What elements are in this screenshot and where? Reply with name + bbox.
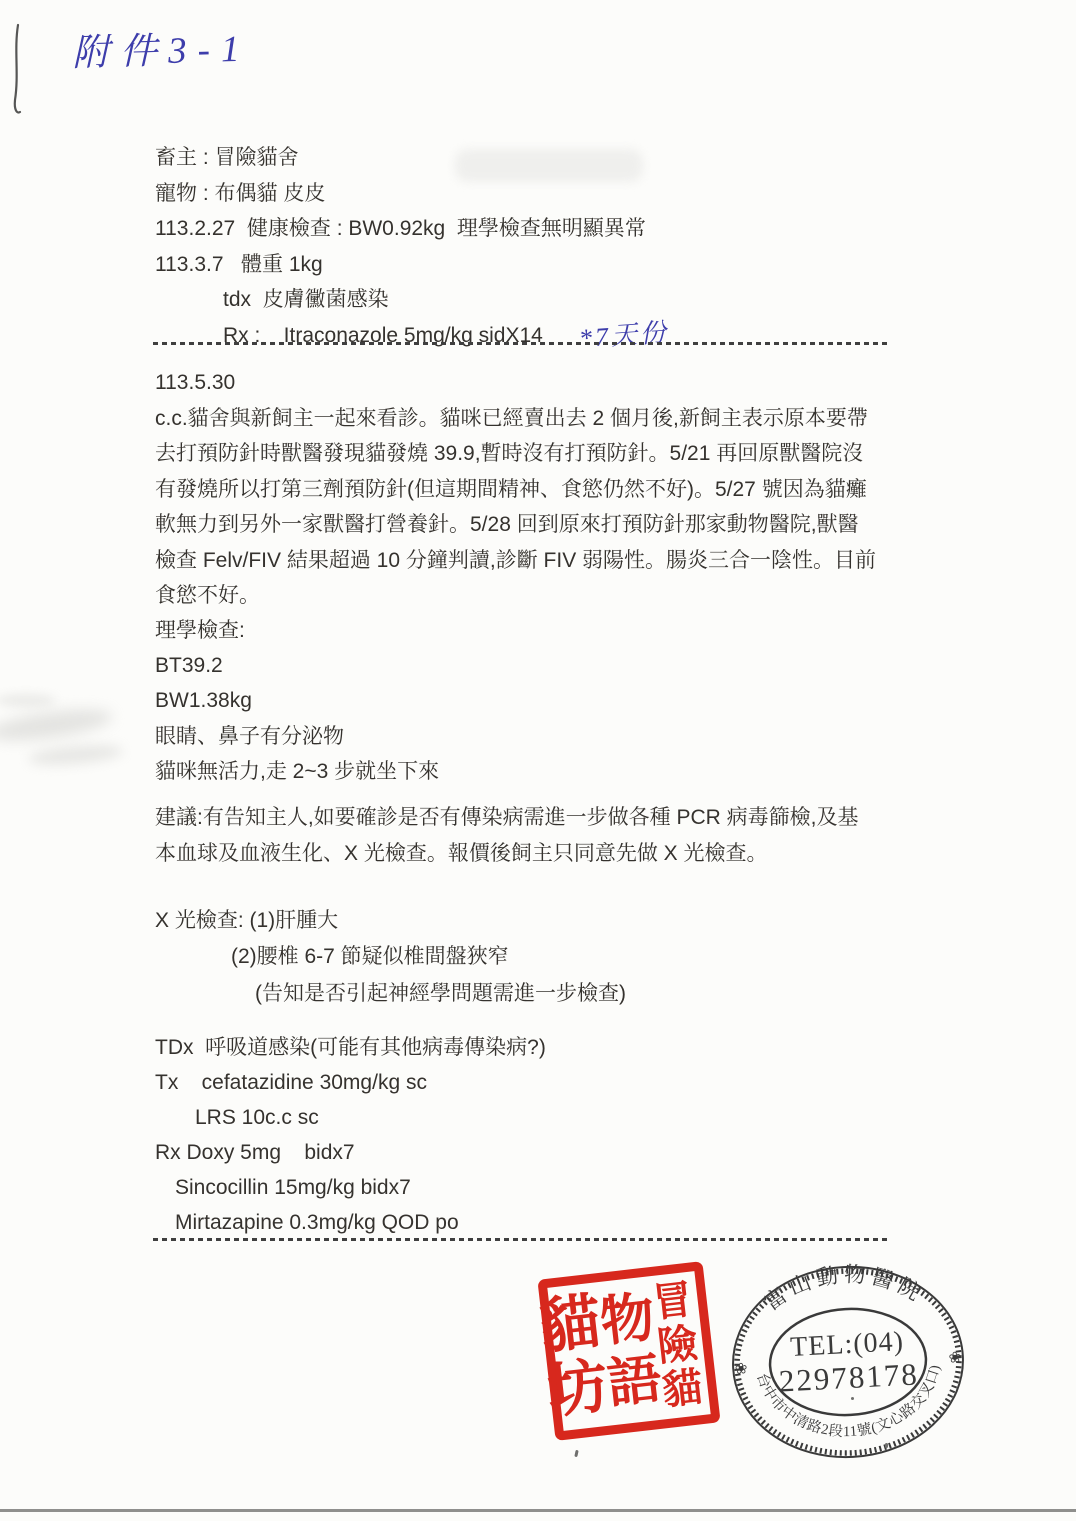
hospital-stamp: 富山動物醫院 台中市中清路2段11號(文心路交叉口) TEL:(04) 2297… (721, 1254, 975, 1470)
treat-mirtazapine-line: Mirtazapine 0.3mg/kg QOD po (155, 1205, 546, 1240)
visit-2-27-line: 113.2.27 健康檢查 : BW0.92kg 理學檢查無明顯異常 (155, 211, 669, 247)
xray-line-1: X 光檢查: (1)肝腫大 (155, 903, 626, 939)
treat-tx-line: Tx cefatazidine 30mg/kg sc (155, 1065, 546, 1100)
rx-line: Rx : Itraconazole 5mg/kg sidX14*7天份 (155, 318, 669, 354)
exam-bw: BW1.38kg (155, 683, 439, 718)
scan-speck (851, 1397, 854, 1400)
physical-exam-block: 理學檢查: BT39.2 BW1.38kg 眼睛、鼻子有分泌物 貓咪無活力,走 … (155, 613, 439, 789)
suggestion-block: 建議:有告知主人,如要確診是否有傳染病需進一步做各種 PCR 病毒篩檢,及基 本… (155, 800, 925, 873)
exam-discharge: 眼睛、鼻子有分泌物 (155, 719, 439, 754)
visit-note-block: 113.5.30 c.c.貓舍與新飼主一起來看診。貓咪已經賣出去 2 個月後,新… (155, 365, 925, 614)
scan-smudge (27, 742, 123, 768)
xray-block: X 光檢查: (1)肝腫大 (2)腰椎 6-7 節疑似椎間盤狹窄 (告知是否引起… (155, 903, 626, 1012)
pet-line: 寵物 : 布偶貓 皮皮 (155, 176, 669, 212)
scan-speck (885, 1443, 888, 1448)
scan-smudge (0, 694, 56, 707)
owner-line: 畜主 : 冒險貓舍 (155, 140, 669, 176)
treat-sincocillin-line: Sincocillin 15mg/kg bidx7 (155, 1170, 546, 1205)
pen-mark-artifact (4, 22, 30, 122)
record-header: 畜主 : 冒險貓舍 寵物 : 布偶貓 皮皮 113.2.27 健康檢查 : BW… (155, 140, 669, 353)
treat-lrs-line: LRS 10c.c sc (155, 1100, 546, 1135)
exam-activity: 貓咪無活力,走 2~3 步就坐下來 (155, 754, 439, 789)
exam-bt: BT39.2 (155, 648, 439, 683)
cc-line-5: 檢查 Felv/FIV 結果超過 10 分鐘判讀,診斷 FIV 弱陽性。腸炎三合… (155, 543, 925, 579)
dashed-divider-top (153, 342, 891, 345)
visit-date: 113.5.30 (155, 365, 925, 401)
red-seal-cattery: 冒險貓 物語 貓坊 (537, 1261, 720, 1441)
stamp-tel-number: 22978178 (778, 1356, 920, 1398)
scanned-document: 附件3-1 畜主 : 冒險貓舍 寵物 : 布偶貓 皮皮 113.2.27 健康檢… (0, 0, 1076, 1521)
stamp-flower-right-icon: ❀ (948, 1350, 961, 1367)
scan-edge-line (0, 1509, 1076, 1512)
treat-rx-doxy-line: Rx Doxy 5mg bidx7 (155, 1135, 546, 1170)
stamp-flower-left-icon: ❀ (735, 1361, 748, 1378)
scan-smudge (0, 703, 114, 746)
cc-line-1: c.c.貓舍與新飼主一起來看診。貓咪已經賣出去 2 個月後,新飼主表示原本要帶 (155, 401, 925, 437)
suggestion-line-1: 建議:有告知主人,如要確診是否有傳染病需進一步做各種 PCR 病毒篩檢,及基 (155, 800, 925, 836)
xray-line-2: (2)腰椎 6-7 節疑似椎間盤狹窄 (155, 939, 626, 975)
cc-line-2: 去打預防針時獸醫發現貓發燒 39.9,暫時沒有打預防針。5/21 再回原獸醫院沒 (155, 436, 925, 472)
cc-line-3: 有發燒所以打第三劑預防針(但這期間精神、食慾仍然不好)。5/27 號因為貓癱 (155, 472, 925, 508)
cc-line-4: 軟無力到另外一家獸醫打營養針。5/28 回到原來打預防針那家動物醫院,獸醫 (155, 507, 925, 543)
scan-speck (574, 1450, 578, 1457)
exam-title: 理學檢查: (155, 613, 439, 648)
rx-handwritten-note: *7天份 (578, 314, 670, 356)
treatment-block: TDx 呼吸道感染(可能有其他病毒傳染病?) Tx cefatazidine 3… (155, 1030, 546, 1240)
attachment-label-handwritten: 附件3-1 (71, 18, 251, 77)
visit-3-7-line: 113.3.7 體重 1kg (155, 247, 669, 283)
suggestion-line-2: 本血球及血液生化、X 光檢查。報價後飼主只同意先做 X 光檢查。 (155, 836, 925, 872)
treat-tdx-line: TDx 呼吸道感染(可能有其他病毒傳染病?) (155, 1030, 546, 1065)
cc-line-6: 食慾不好。 (155, 578, 925, 614)
tdx-line: tdx 皮膚黴菌感染 (155, 282, 669, 318)
xray-line-3: (告知是否引起神經學問題需進一步檢查) (155, 976, 626, 1012)
dashed-divider-bottom (153, 1238, 891, 1241)
